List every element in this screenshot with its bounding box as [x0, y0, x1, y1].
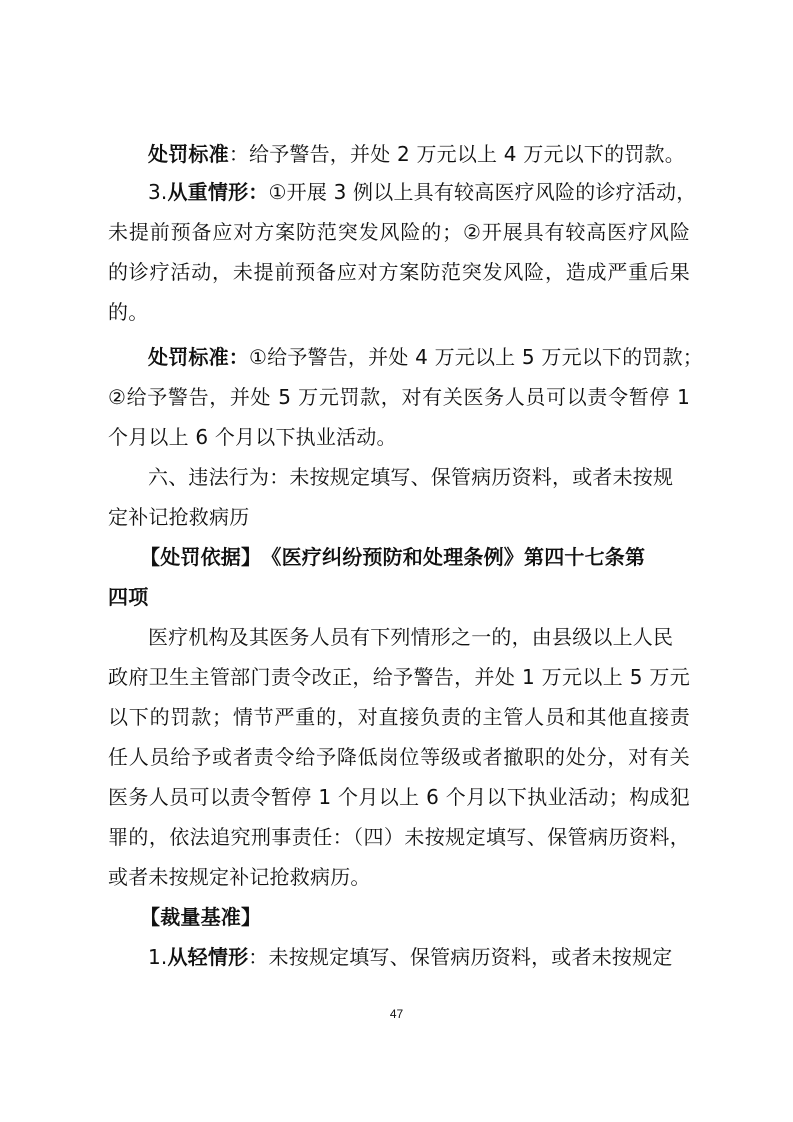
- text-line: 处罚标准：①给予警告，并处 4 万元以上 5 万元以下的罚款；: [108, 343, 690, 371]
- text-line: 政府卫生主管部门责令改正，给予警告，并处 1 万元以上 5 万元: [108, 663, 690, 691]
- text-line: 罪的，依法追究刑事责任：（四）未按规定填写、保管病历资料，: [108, 823, 690, 851]
- section-heading: 【处罚依据】 《医疗纠纷预防和处理条例》第四十七条第: [108, 543, 690, 571]
- bold-label: 从轻情形: [167, 945, 248, 969]
- text-line: 的。: [108, 298, 690, 326]
- text-line: 六、违法行为：未按规定填写、保管病历资料，或者未按规: [108, 463, 690, 491]
- text-line: 任人员给予或者责令给予降低岗位等级或者撤职的处分，对有关: [108, 743, 690, 771]
- text-line: 定补记抢救病历: [108, 503, 690, 531]
- page-number: 47: [0, 1007, 793, 1021]
- text-line: 或者未按规定补记抢救病历。: [108, 863, 690, 891]
- text-line: 3.从重情形：①开展 3 例以上具有较高医疗风险的诊疗活动，: [108, 178, 690, 206]
- text-line: 以下的罚款；情节严重的，对直接负责的主管人员和其他直接责: [108, 703, 690, 731]
- text-line: 医务人员可以责令暂停 1 个月以上 6 个月以下执业活动；构成犯: [108, 783, 690, 811]
- text-line: 医疗机构及其医务人员有下列情形之一的，由县级以上人民: [108, 623, 690, 651]
- text-line: 个月以上 6 个月以下执业活动。: [108, 423, 690, 451]
- section-heading: 四项: [108, 583, 690, 611]
- text-line: 处罚标准：给予警告，并处 2 万元以上 4 万元以下的罚款。: [108, 140, 690, 168]
- text-line: ②给予警告，并处 5 万元罚款，对有关医务人员可以责令暂停 1: [108, 383, 690, 411]
- bold-label: 处罚标准: [148, 142, 229, 166]
- bold-label: 处罚标准：: [148, 345, 249, 369]
- text-line: 的诊疗活动，未提前预备应对方案防范突发风险，造成严重后果: [108, 258, 690, 286]
- bold-label: 从重情形：: [167, 180, 268, 204]
- text-line: 1.从轻情形：未按规定填写、保管病历资料，或者未按规定: [108, 943, 690, 971]
- text-line: 未提前预备应对方案防范突发风险的；②开展具有较高医疗风险: [108, 218, 690, 246]
- section-heading: 【裁量基准】: [108, 903, 690, 931]
